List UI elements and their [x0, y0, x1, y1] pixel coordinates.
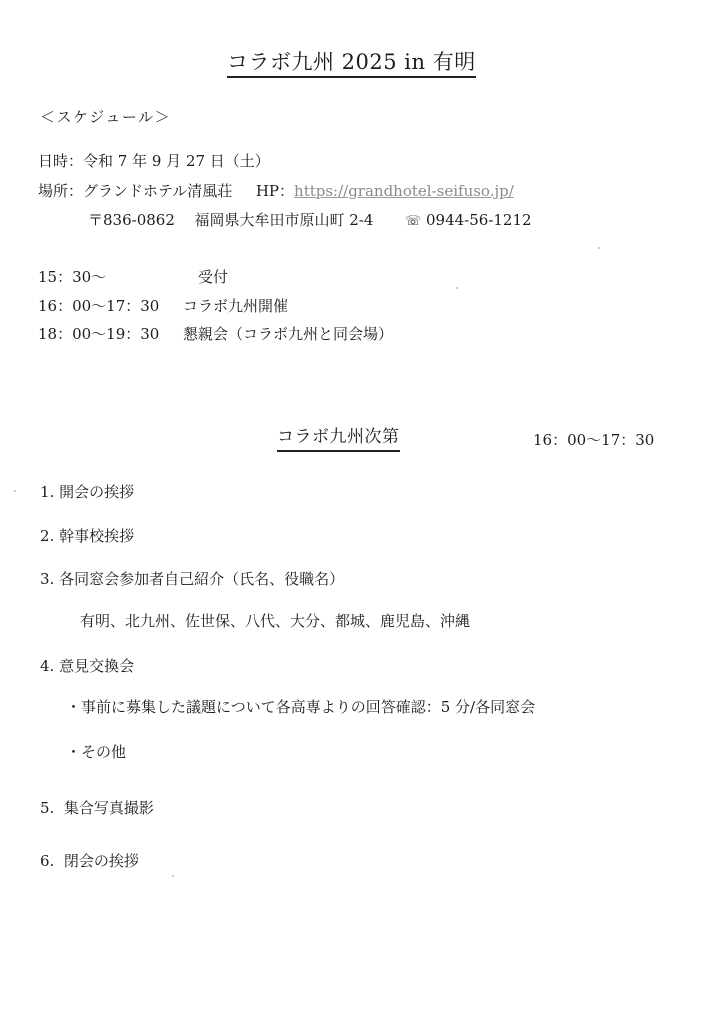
hp-label: HP：: [256, 182, 294, 200]
program-item: 1. 開会の挨拶: [40, 482, 134, 502]
program-item: 6. 閉会の挨拶: [40, 851, 139, 871]
program-item: 2. 幹事校挨拶: [40, 526, 134, 546]
item-text: 幹事校挨拶: [59, 527, 134, 545]
schedule-event: コラボ九州開催: [183, 297, 288, 315]
address: 福岡県大牟田市原山町 2-4: [194, 211, 373, 229]
address-line: 〒836-0862 福岡県大牟田市原山町 2-4 ☏ 0944-56-1212: [88, 210, 532, 232]
item-bullet: ・事前に募集した議題について各高専よりの回答確認：5 分/各同窓会: [66, 697, 535, 717]
schedule-row: 15：30〜受付: [38, 267, 228, 287]
date-label: 日時：: [38, 152, 83, 170]
item-text: 集合写真撮影: [64, 799, 154, 817]
place-value: グランドホテル清風荘: [83, 182, 232, 200]
document-title: コラボ九州 2025 in 有明: [227, 50, 476, 78]
schedule-event: 懇親会（コラボ九州と同会場）: [183, 325, 393, 343]
date-line: 日時：令和 7 年 9 月 27 日（土）: [38, 151, 270, 171]
item-number: 2.: [40, 527, 54, 545]
program-item: 5. 集合写真撮影: [40, 798, 154, 818]
date-value: 令和 7 年 9 月 27 日（土）: [83, 152, 270, 170]
scan-speck: [172, 875, 174, 877]
place-label: 場所：: [38, 182, 83, 200]
item-text: 各同窓会参加者自己紹介（氏名、役職名）: [59, 570, 344, 588]
scan-speck: [456, 287, 458, 289]
schedule-event: 受付: [198, 268, 228, 286]
schedule-label: ＜スケジュール＞: [40, 106, 171, 127]
program-time: 16：00〜17：30: [533, 429, 654, 450]
item-number: 4.: [40, 657, 54, 675]
schedule-time: 15：30〜: [38, 267, 198, 287]
place-line: 場所：グランドホテル清風荘 HP：https://grandhotel-seif…: [38, 181, 514, 201]
item-text: 閉会の挨拶: [64, 852, 139, 870]
item-number: 5.: [40, 799, 54, 817]
schedule-time: 16：00〜17：30: [38, 296, 183, 316]
item-number: 6.: [40, 852, 54, 870]
schedule-row: 16：00〜17：30コラボ九州開催: [38, 296, 288, 316]
hp-link[interactable]: https://grandhotel-seifuso.jp/: [294, 182, 514, 200]
item-detail: 有明、北九州、佐世保、八代、大分、都城、鹿児島、沖縄: [80, 611, 470, 631]
schedule-row: 18：00〜19：30懇親会（コラボ九州と同会場）: [38, 324, 393, 344]
program-item: 4. 意見交換会: [40, 656, 134, 676]
item-number: 1.: [40, 483, 54, 501]
phone-number: 0944-56-1212: [426, 211, 532, 229]
postal-code: 〒836-0862: [88, 211, 175, 229]
item-bullet: ・その他: [66, 742, 126, 762]
scan-speck: [598, 247, 600, 249]
program-item: 3. 各同窓会参加者自己紹介（氏名、役職名）: [40, 569, 344, 589]
phone-icon: ☏: [405, 214, 421, 229]
item-text: 意見交換会: [59, 657, 134, 675]
item-text: 開会の挨拶: [59, 483, 134, 501]
schedule-time: 18：00〜19：30: [38, 324, 183, 344]
item-number: 3.: [40, 570, 54, 588]
program-title: コラボ九州次第: [277, 426, 400, 452]
scan-speck: [14, 490, 16, 492]
